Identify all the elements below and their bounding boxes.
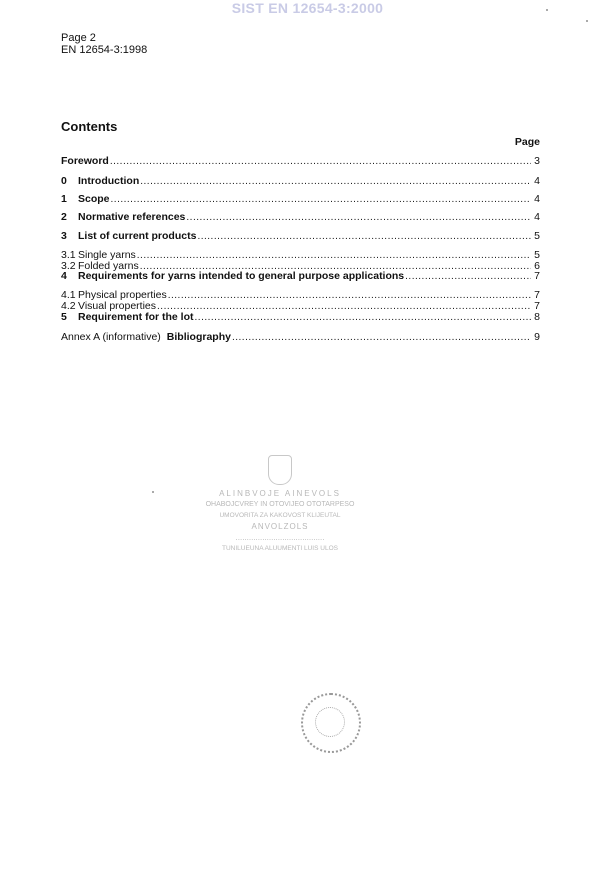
toc-entry-page: 4 (532, 193, 540, 205)
toc-entry-label: Requirements for yarns intended to gener… (78, 270, 404, 282)
toc-entry-page: 4 (532, 175, 540, 187)
leader-dots (197, 231, 531, 242)
toc-entry-number: 4 (61, 270, 78, 282)
institution-stamp: ALINBVOJE AINEVOLS OHABOJCVREY IN OTOVIJ… (195, 455, 365, 554)
toc-entry-label: Introduction (78, 175, 139, 187)
stamp-line: OHABOJCVREY IN OTOVIJEO OTOTARPESO (195, 499, 365, 510)
toc-entry-normative-references[interactable]: 2 Normative references 4 (61, 211, 540, 223)
toc-entry-requirements-general-purpose[interactable]: 4 Requirements for yarns intended to gen… (61, 270, 540, 282)
toc-entry-label: Bibliography (167, 331, 231, 343)
stamp-line: ALINBVOJE AINEVOLS (195, 488, 365, 499)
toc-entry-page: 7 (532, 270, 540, 282)
toc-entry-number: 0 (61, 175, 78, 187)
toc-entry-label: Scope (78, 193, 110, 205)
toc-entry-number: 3 (61, 230, 78, 242)
stamp-line: ........................................ (195, 532, 365, 543)
toc-entry-annex-a-bibliography[interactable]: Annex A (informative) Bibliography 9 (61, 331, 540, 343)
toc-entry-number: 1 (61, 193, 78, 205)
toc-entry-number: 5 (61, 311, 78, 323)
toc-entry-page: 3 (532, 155, 540, 167)
coat-of-arms-icon (268, 455, 292, 485)
leader-dots (140, 176, 531, 187)
toc-entry-label: Normative references (78, 211, 185, 223)
document-watermark: SIST EN 12654-3:2000 (0, 0, 615, 16)
toc-entry-label: Requirement for the lot (78, 311, 194, 323)
scan-speck (546, 9, 548, 11)
page-number: Page 2 (61, 32, 147, 44)
toc-entry-label: List of current products (78, 230, 196, 242)
leader-dots (110, 156, 531, 167)
toc-entry-foreword[interactable]: Foreword 3 (61, 155, 540, 167)
toc-entry-requirement-for-lot[interactable]: 5 Requirement for the lot 8 (61, 311, 540, 323)
round-seal-icon (301, 693, 361, 753)
toc-entry-list-of-current-products[interactable]: 3 List of current products 5 (61, 230, 540, 242)
page-header: Page 2 EN 12654-3:1998 (61, 32, 147, 56)
scan-speck (586, 20, 588, 22)
scan-speck (152, 491, 154, 493)
page-column-label: Page (515, 136, 540, 148)
leader-dots (186, 212, 531, 223)
standard-id: EN 12654-3:1998 (61, 44, 147, 56)
annex-prefix: Annex A (informative) (61, 331, 161, 343)
stamp-line: UMOVORITA ZA KAKOVOST KLIJEUTAL (195, 510, 365, 521)
toc-entry-label: Foreword (61, 155, 109, 167)
toc-entry-number: 2 (61, 211, 78, 223)
leader-dots (232, 332, 531, 343)
toc-entry-page: 5 (532, 230, 540, 242)
toc-entry-scope[interactable]: 1 Scope 4 (61, 193, 540, 205)
toc-entry-introduction[interactable]: 0 Introduction 4 (61, 175, 540, 187)
toc-entry-page: 4 (532, 211, 540, 223)
contents-title: Contents (61, 119, 117, 134)
leader-dots (111, 194, 531, 205)
stamp-line: ANVOLZOLS (195, 521, 365, 532)
toc-entry-page: 8 (532, 311, 540, 323)
leader-dots (405, 271, 531, 282)
toc-entry-page: 9 (532, 331, 540, 343)
leader-dots (195, 312, 531, 323)
stamp-line: TUNILUEUNA ALUUMENTI LUIS ULOS (195, 543, 365, 554)
